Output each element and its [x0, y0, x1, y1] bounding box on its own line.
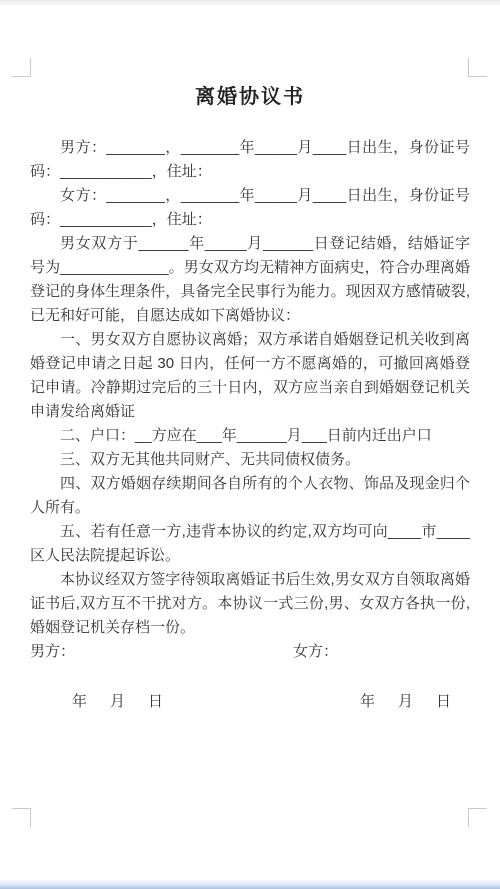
- document-title: 离婚协议书: [30, 80, 470, 109]
- female-signature-cell: 女方：: [250, 640, 470, 664]
- document-viewer: 离婚协议书 男方：_______，_______年_____月____日出生，身…: [0, 0, 500, 889]
- paragraph-party-male: 男方：_______，_______年_____月____日出生，身份证号码：_…: [30, 136, 470, 184]
- clause-2-household-registration: 二、户口：__方应在___年______月___日前内迁出户口: [30, 424, 470, 448]
- margin-crop-mark-bottom-left: [12, 808, 31, 827]
- paragraph-marriage-registration: 男女双方于______年_____月______日登记结婚，结婚证字号为____…: [30, 232, 470, 328]
- year-label: 年: [360, 690, 375, 714]
- margin-crop-mark-top-left: [12, 58, 31, 77]
- year-label: 年: [72, 690, 87, 714]
- clause-4-personal-belongings: 四、双方婚姻存续期间各自所有的个人衣物、饰品及现金归个人所有。: [30, 472, 470, 520]
- female-signature-label: 女方：: [293, 643, 338, 660]
- male-date-line: 年 月 日: [30, 690, 250, 714]
- day-label: 日: [148, 690, 163, 714]
- signature-row: 男方： 女方：: [30, 640, 470, 664]
- male-signature-label: 男方：: [30, 643, 75, 660]
- female-date-line: 年 月 日: [250, 690, 470, 714]
- viewer-bottom-edge: [0, 880, 500, 889]
- clause-5-litigation: 五、若有任意一方,违背本协议的约定,双方均可向____市____区人民法院提起诉…: [30, 520, 470, 568]
- date-row: 年 月 日 年 月 日: [30, 690, 470, 714]
- margin-crop-mark-bottom-right: [468, 808, 487, 827]
- clause-3-property-debt: 三、双方无其他共同财产、无共同债权债务。: [30, 448, 470, 472]
- margin-crop-mark-top-right: [468, 58, 487, 77]
- day-label: 日: [436, 690, 451, 714]
- paragraph-party-female: 女方：_______，_______年_____月____日出生，身份证号码：_…: [30, 184, 470, 232]
- viewer-top-edge: [0, 0, 500, 5]
- month-label: 月: [398, 690, 413, 714]
- paragraph-effectiveness: 本协议经双方签字待领取离婚证书后生效,男女双方自领取离婚证书后,双方互不干扰对方…: [30, 568, 470, 640]
- male-signature-cell: 男方：: [30, 640, 250, 664]
- document-page-content: 离婚协议书 男方：_______，_______年_____月____日出生，身…: [30, 80, 470, 714]
- month-label: 月: [110, 690, 125, 714]
- clause-1-divorce-consent: 一、男女双方自愿协议离婚；双方承诺自婚姻登记机关收到离婚登记申请之日起 30 日…: [30, 328, 470, 424]
